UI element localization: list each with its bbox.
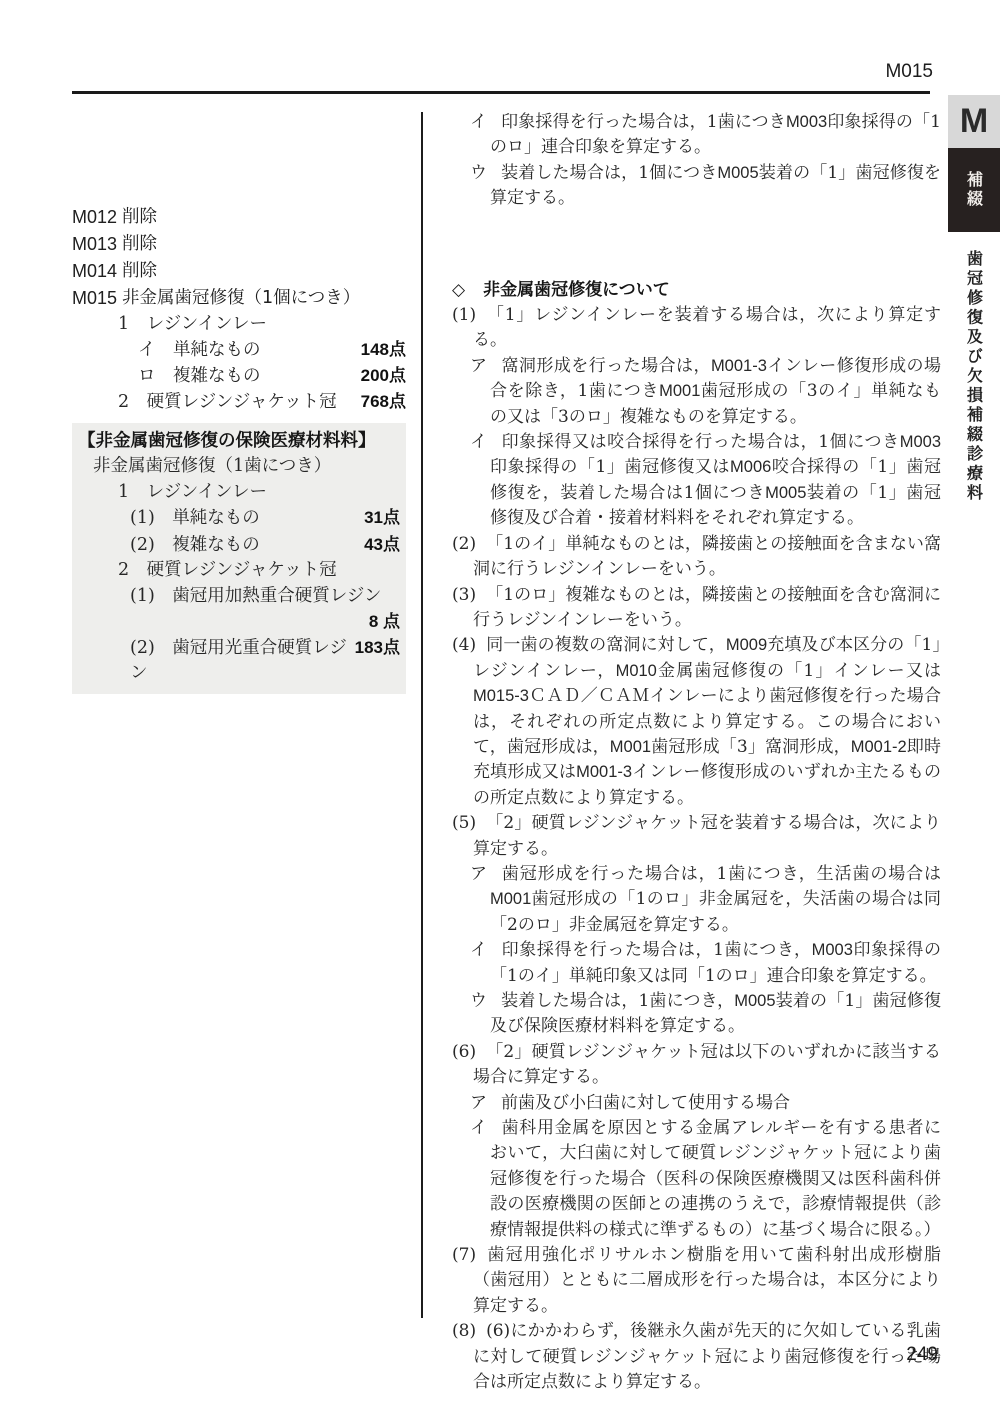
item-code: M013 [72,231,122,258]
material-item-row: (1) 単純なもの31点 [78,505,400,532]
item-code: M014 [72,258,122,285]
page-number: 249 [0,1344,938,1366]
code-item-row: M013削除 [72,231,406,258]
treatment-code: M009 [726,636,767,654]
chapter-label: 歯冠修復及び欠損補綴診療料 [948,250,1000,520]
paragraph-text: 印象採得又は咬合採得を行った場合は，1個につきM003印象採得の「1」歯冠修復又… [490,432,941,528]
treatment-code: M005 [717,164,758,182]
note-paragraph: (2)「1のイ」単純なものとは，隣接歯との接触面を含まない窩洞に行うレジンインレ… [452,532,941,583]
material-item-label: 2 硬質レジンジャケット冠 [118,558,337,584]
document-page: M015 M 補綴 歯冠修復及び欠損補綴診療料 M012削除M013削除M014… [0,0,1000,1412]
note-paragraph: ア歯冠形成を行った場合は，1歯につき，生活歯の場合はM001歯冠形成の「1のロ」… [452,862,941,938]
material-item-row: 2 硬質レジンジャケット冠 [78,558,400,584]
material-item-label: 1 レジンインレー [118,480,267,506]
paragraph-marker: イ [470,432,488,452]
paragraph-text: 「1のロ」複雑なものとは，隣接歯との接触面を含む窩洞に行うレジンインレーをいう。 [473,585,941,630]
paragraph-marker: (4) [452,635,476,655]
material-item-row: 1 レジンインレー [78,480,400,506]
code-item-row: M014削除 [72,258,406,285]
note-paragraph: (7)歯冠用強化ポリサルホン樹脂を用いて歯科射出成形樹脂（歯冠用）とともに二層成… [452,1243,941,1319]
item-code: M012 [72,204,122,231]
paragraph-text: 装着した場合は，1歯につき，M005装着の「1」歯冠修復及び保険医療材料料を算定… [490,991,941,1036]
section-letter: M [960,102,988,141]
section-tab-label: 補綴 [963,171,986,209]
note-paragraph: (4)同一歯の複数の窩洞に対して，M009充填及び本区分の「1」レジンインレー，… [452,633,941,811]
fee-item-label: 2 硬質レジンジャケット冠 [118,390,337,415]
treatment-code: M005 [765,484,806,502]
fee-item-row: 1 レジンインレー [72,312,406,337]
fee-item-label: ロ 複雑なもの [138,364,261,389]
paragraph-marker: (7) [452,1245,476,1265]
note-paragraph: ア窩洞形成を行った場合は，M001-3インレー修復形成の場合を除き，1歯につきM… [452,354,941,430]
paragraph-marker: (6) [452,1042,476,1062]
paragraph-text: 歯冠用強化ポリサルホン樹脂を用いて歯科射出成形樹脂（歯冠用）とともに二層成形を行… [473,1245,941,1316]
header-rule [72,91,930,94]
paragraph-text: 「1のイ」単純なものとは，隣接歯との接触面を含まない窩洞に行うレジンインレーをい… [473,534,941,579]
treatment-code: M001-2 [851,738,907,756]
paragraph-marker: (2) [452,534,476,554]
treatment-code: M003 [900,433,941,451]
material-item-points: 183点 [355,635,400,661]
treatment-code: M001 [490,890,531,908]
material-item-label: (2) 複雑なもの [130,533,260,559]
item-title: 削除 [122,204,157,231]
item-title: 非金属歯冠修復（1個につき） [122,285,360,312]
note-paragraph: (6)「2」硬質レジンジャケット冠は以下のいずれかに該当する場合に算定する。 [452,1040,941,1091]
treatment-code: M005 [734,992,775,1010]
material-item-points: 43点 [364,532,400,558]
header-section-code: M015 [0,61,933,83]
note-paragraph: (5)「2」硬質レジンジャケット冠を装着する場合は，次により算定する。 [452,811,941,862]
treatment-code: M003 [812,941,853,959]
paragraph-text: 「2」硬質レジンジャケット冠を装着する場合は，次により算定する。 [473,813,941,858]
paragraph-text: 非金属歯冠修復について [483,280,670,300]
material-item-label: (1) 単純なもの [130,506,260,532]
paragraph-marker: (3) [452,585,476,605]
note-paragraph: イ印象採得又は咬合採得を行った場合は，1個につきM003印象採得の「1」歯冠修復… [452,430,941,532]
diamond-bullet: ◇ [452,280,465,300]
material-item-points: 8 点 [369,609,400,635]
material-box-title: 【非金属歯冠修復の保険医療材料料】 [78,428,400,454]
chapter-label-text: 歯冠修復及び欠損補綴診療料 [963,250,986,520]
fee-item-label: 1 レジンインレー [118,312,267,337]
paragraph-text: 歯冠形成を行った場合は，1歯につき，生活歯の場合はM001歯冠形成の「1のロ」非… [490,864,941,935]
paragraph-marker: ア [470,356,487,376]
paragraph-marker: ア [470,864,488,884]
note-paragraph: (3)「1のロ」複雑なものとは，隣接歯との接触面を含む窩洞に行うレジンインレーを… [452,583,941,634]
fee-schedule-column: M012削除M013削除M014削除M015非金属歯冠修復（1個につき）1 レジ… [72,204,406,694]
treatment-code: M001-3 [711,357,767,375]
fee-item-row: ロ 複雑なもの200点 [72,363,406,389]
fee-item-label: イ 単純なもの [138,338,261,363]
note-paragraph: ウ装着した場合は，1個につきM005装着の「1」歯冠修復を算定する。 [452,161,941,212]
treatment-code: M010 [616,662,657,680]
fee-item-points: 200点 [361,363,406,388]
fee-item-row: イ 単純なもの148点 [72,337,406,363]
paragraph-marker: (1) [452,305,476,325]
paragraph-text: 同一歯の複数の窩洞に対して，M009充填及び本区分の「1」レジンインレー，M01… [473,635,941,807]
paragraph-text: 「2」硬質レジンジャケット冠は以下のいずれかに該当する場合に算定する。 [473,1042,941,1087]
paragraph-text: 印象採得を行った場合は，1歯につき，M003印象採得の「1のイ」単純印象又は同「… [490,940,941,985]
paragraph-marker: ウ [470,991,487,1011]
paragraph-marker: ア [470,1093,487,1113]
material-item-row: (1) 歯冠用加熱重合硬質レジン [78,584,400,610]
paragraph-marker: (8) [452,1321,476,1341]
item-title: 削除 [122,231,157,258]
treatment-code: M006 [730,458,771,476]
treatment-code: M001 [610,738,651,756]
column-divider [421,112,423,1318]
notes-heading: ◇非金属歯冠修復について [452,278,941,303]
paragraph-marker: (5) [452,813,476,833]
note-paragraph: イ印象採得を行った場合は，1歯につきM003印象採得の「1のロ」連合印象を算定す… [452,110,941,161]
material-item-points: 31点 [364,505,400,531]
paragraph-text: 「1」レジンインレーを装着する場合は，次により算定する。 [473,305,941,350]
note-paragraph: ア前歯及び小臼歯に対して使用する場合 [452,1091,941,1116]
treatment-code: M015-3 [473,687,529,705]
fee-item-row: 2 硬質レジンジャケット冠768点 [72,389,406,415]
treatment-code: M001-3 [576,763,632,781]
paragraph-text: 歯科用金属を原因とする金属アレルギーを有する患者において，大臼歯に対して硬質レジ… [490,1118,941,1240]
paragraph-marker: イ [470,112,487,132]
section-tab-hotetsu: 補綴 [948,148,1000,232]
material-item-label: (1) 歯冠用加熱重合硬質レジン [130,584,381,610]
paragraph-text: 印象採得を行った場合は，1歯につきM003印象採得の「1のロ」連合印象を算定する… [490,112,941,157]
section-gap [452,212,941,278]
material-item-row: (2) 歯冠用光重合硬質レジン183点 [78,635,400,687]
section-tab-letter: M [948,95,1000,148]
item-code: M015 [72,285,122,312]
paragraph-marker: イ [470,1118,488,1138]
paragraph-marker: ウ [470,163,487,183]
paragraph-text: 装着した場合は，1個につきM005装着の「1」歯冠修復を算定する。 [490,163,941,208]
paragraph-marker: イ [470,940,488,960]
material-item-label: (2) 歯冠用光重合硬質レジン [130,636,355,687]
code-item-row: M012削除 [72,204,406,231]
treatment-code: M003 [786,113,827,131]
paragraph-text: 窩洞形成を行った場合は，M001-3インレー修復形成の場合を除き，1歯につきM0… [490,356,941,427]
fee-item-points: 768点 [361,389,406,414]
code-item-row: M015非金属歯冠修復（1個につき） [72,285,406,312]
note-paragraph: (1)「1」レジンインレーを装着する場合は，次により算定する。 [452,303,941,354]
notes-column: イ印象採得を行った場合は，1歯につきM003印象採得の「1のロ」連合印象を算定す… [452,110,941,1396]
fee-item-points: 148点 [361,337,406,362]
item-title: 削除 [122,258,157,285]
treatment-code: M001 [659,382,700,400]
material-item-row: 8 点 [78,609,400,635]
note-paragraph: イ歯科用金属を原因とする金属アレルギーを有する患者において，大臼歯に対して硬質レ… [452,1116,941,1243]
material-item-row: (2) 複雑なもの43点 [78,532,400,559]
paragraph-text: 前歯及び小臼歯に対して使用する場合 [501,1093,790,1113]
note-paragraph: ウ装着した場合は，1歯につき，M005装着の「1」歯冠修復及び保険医療材料料を算… [452,989,941,1040]
note-paragraph: イ印象採得を行った場合は，1歯につき，M003印象採得の「1のイ」単純印象又は同… [452,938,941,989]
material-box-subtitle: 非金属歯冠修復（1歯につき） [78,454,400,480]
material-fee-box: 【非金属歯冠修復の保険医療材料料】非金属歯冠修復（1歯につき）1 レジンインレー… [72,423,406,694]
